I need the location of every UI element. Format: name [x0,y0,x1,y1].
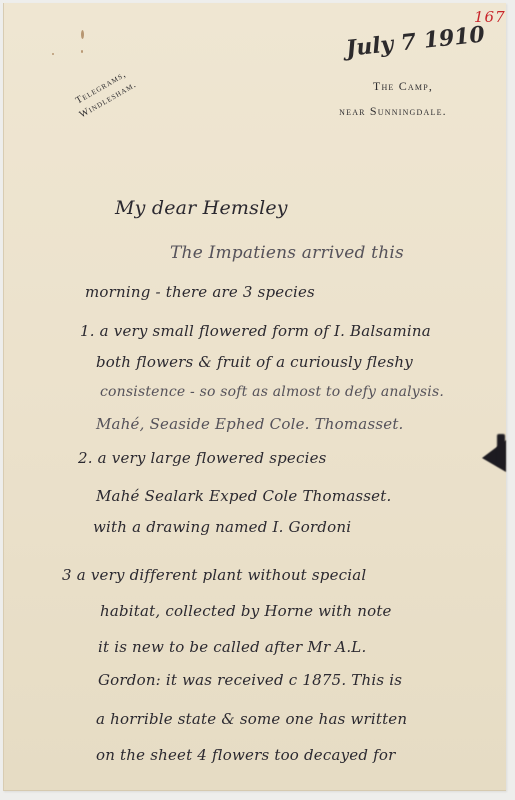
species-1-text: 1. a very small flowered form of I. Bals… [80,322,431,340]
body-line-4: both flowers & fruit of a curiously fles… [96,353,413,371]
body-line-9: with a drawing named I. Gordoni [93,518,351,536]
address-line-2: near Sunningdale. [318,99,468,124]
body-line-6: Mahé, Seaside Ephed Cole. Thomasset. [96,415,404,433]
body-line-13: Gordon: it was received c 1875. This is [98,671,402,689]
salutation: My dear Hemsley [115,197,288,219]
address-line-1: The Camp, [318,74,468,99]
body-line-12: it is new to be called after Mr A.L. [98,638,366,656]
body-line-3: 1. a very small flowered form of I. Bals… [80,322,431,340]
body-line-10: 3 a very different plant without special [62,566,366,584]
body-line-11: habitat, collected by Horne with note [100,602,392,620]
foxing-spot [81,30,84,39]
body-line-15: on the sheet 4 flowers too decayed for [96,746,396,764]
foxing-spot [52,53,54,55]
foxing-spot [81,50,83,53]
body-line-2: morning - there are 3 species [85,283,315,301]
ink-blot [497,434,505,466]
body-line-5: consistence - so soft as almost to defy … [100,384,444,400]
body-line-8: Mahé Sealark Exped Cole Thomasset. [96,487,391,505]
body-line-1: The Impatiens arrived this [170,243,404,263]
letterhead-address: The Camp, near Sunningdale. [318,74,468,124]
body-line-7: 2. a very large flowered species [78,449,327,467]
body-line-14: a horrible state & some one has written [96,710,407,728]
